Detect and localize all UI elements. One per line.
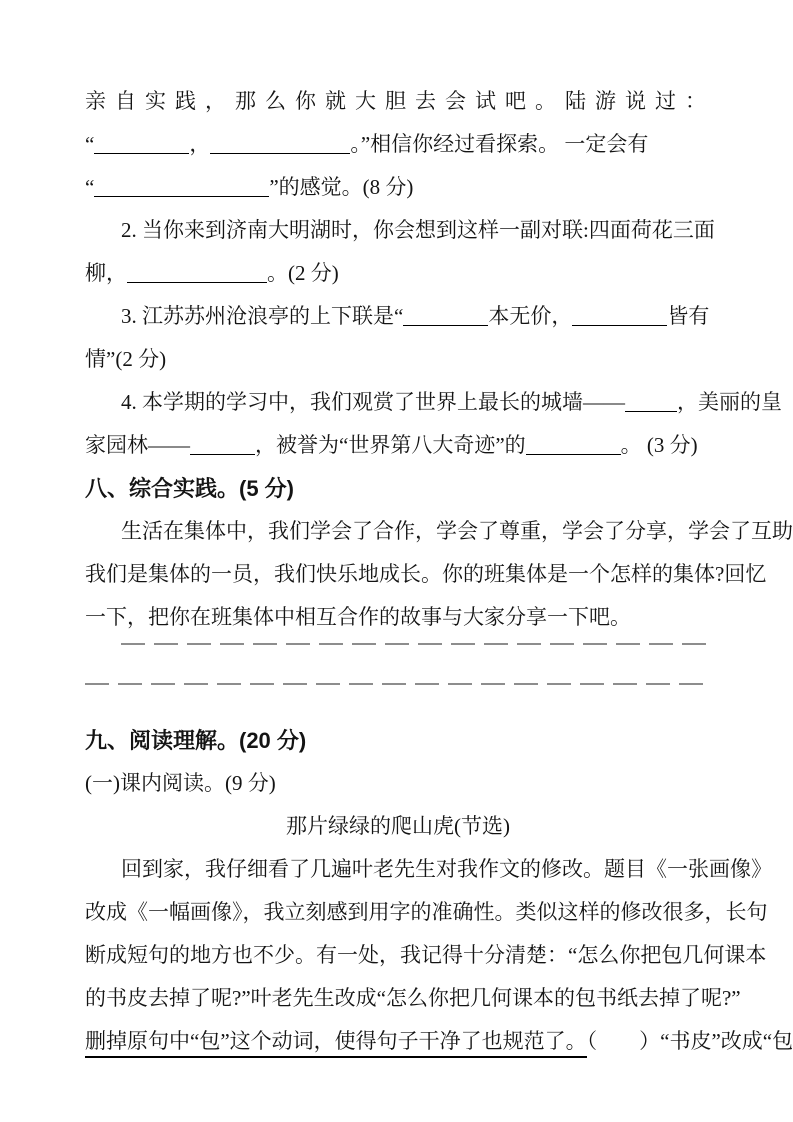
heading-text: 九、阅读理解。(20 分) bbox=[85, 728, 306, 753]
fill-blank-line: 家园林——，被誉为“世界第八大奇迹”的。 (3 分) bbox=[85, 424, 711, 467]
question-line: 4. 本学期的学习中，我们观赏了世界上最长的城墙——，美丽的皇 bbox=[85, 381, 711, 424]
passage-line: 删掉原句中“包”这个动词，使得句子干净了也规范了。（ ）“书皮”改成“包 bbox=[85, 1020, 711, 1063]
passage-line: 回到家，我仔细看了几遍叶老先生对我作文的修改。题目《一张画像》 bbox=[85, 848, 711, 891]
text-line: 一下，把你在班集体中相互合作的故事与大家分享一下吧。 bbox=[85, 596, 711, 639]
line-text: 本无价， bbox=[488, 304, 572, 328]
line-text: 。(2 分) bbox=[267, 261, 339, 285]
line-text: 改成《一幅画像》，我立刻感到用字的准确性。类似这样的修改很多，长句 bbox=[85, 900, 768, 924]
line-text: 4. 本学期的学习中，我们观赏了世界上最长的城墙—— bbox=[121, 390, 625, 414]
blank-field bbox=[127, 260, 267, 283]
text-line: 情”(2 分) bbox=[85, 338, 711, 381]
section-heading: 八、综合实践。(5 分) bbox=[85, 467, 711, 510]
exam-paper-page: 亲自实践，那么你就大胆去会试吧。陆游说过： “，。”相信你经过看探索。 一定会有… bbox=[0, 0, 793, 1122]
blank-field bbox=[403, 303, 488, 326]
line-text: 3. 江苏苏州沧浪亭的上下联是“ bbox=[121, 304, 403, 328]
line-text: 家园林—— bbox=[85, 433, 190, 457]
passage-line: 断成短句的地方也不少。有一处，我记得十分清楚：“怎么你把包几何课本 bbox=[85, 934, 711, 977]
subsection-heading: (一)课内阅读。(9 分) bbox=[85, 762, 711, 805]
blank-field bbox=[94, 131, 189, 154]
fill-blank-line: 柳，。(2 分) bbox=[85, 252, 711, 295]
blank-field bbox=[572, 303, 667, 326]
passage-line: 改成《一幅画像》，我立刻感到用字的准确性。类似这样的修改很多，长句 bbox=[85, 891, 711, 934]
heading-text: 八、综合实践。(5 分) bbox=[85, 476, 294, 501]
line-text: 我们是集体的一员，我们快乐地成长。你的班集体是一个怎样的集体?回忆 bbox=[85, 562, 766, 586]
line-text: ， bbox=[189, 132, 210, 156]
line-text: ”的感觉。(8 分) bbox=[269, 175, 413, 199]
passage-line: 的书皮去掉了呢?”叶老先生改成“怎么你把几何课本的包书纸去掉了呢?” bbox=[85, 977, 711, 1020]
underlined-text: 删掉原句中“包”这个动词，使得句子干净了也规范了。 bbox=[85, 1029, 587, 1058]
text-line: 生活在集体中，我们学会了合作，学会了尊重，学会了分享，学会了互助。 bbox=[85, 510, 711, 553]
line-text: 回到家，我仔细看了几遍叶老先生对我作文的修改。题目《一张画像》 bbox=[121, 857, 772, 881]
line-text: 断成短句的地方也不少。有一处，我记得十分清楚：“怎么你把包几何课本 bbox=[85, 943, 766, 967]
text-line: 亲自实践，那么你就大胆去会试吧。陆游说过： bbox=[85, 80, 711, 123]
line-text: 亲自实践，那么你就大胆去会试吧。陆游说过： bbox=[85, 89, 715, 113]
fill-blank-line: “”的感觉。(8 分) bbox=[85, 166, 711, 209]
line-text: 生活在集体中，我们学会了合作，学会了尊重，学会了分享，学会了互助。 bbox=[121, 519, 793, 543]
line-text: 一下，把你在班集体中相互合作的故事与大家分享一下吧。 bbox=[85, 605, 631, 629]
line-text: 皆有 bbox=[667, 304, 709, 328]
line-text: ，美丽的皇 bbox=[677, 390, 782, 414]
line-text: 。 (3 分) bbox=[621, 433, 698, 457]
text-line: 我们是集体的一员，我们快乐地成长。你的班集体是一个怎样的集体?回忆 bbox=[85, 553, 711, 596]
line-text: 情”(2 分) bbox=[85, 347, 166, 371]
question-line: 2. 当你来到济南大明湖时，你会想到这样一副对联:四面荷花三面 bbox=[85, 209, 711, 252]
line-text: “ bbox=[85, 132, 94, 156]
dashed-rule bbox=[85, 683, 711, 685]
line-text: ，被誉为“世界第八大奇迹”的 bbox=[255, 433, 526, 457]
line-text: 2. 当你来到济南大明湖时，你会想到这样一副对联:四面荷花三面 bbox=[121, 218, 715, 242]
passage-title: 那片绿绿的爬山虎(节选) bbox=[85, 805, 711, 848]
answer-line bbox=[85, 643, 711, 679]
blank-field bbox=[94, 174, 269, 197]
line-text: （ ）“书皮”改成“包 bbox=[587, 1029, 793, 1053]
dashed-rule bbox=[121, 643, 711, 645]
line-text: 的书皮去掉了呢?”叶老先生改成“怎么你把几何课本的包书纸去掉了呢?” bbox=[85, 986, 741, 1010]
line-text: 。”相信你经过看探索。 一定会有 bbox=[350, 132, 648, 156]
question-line: 3. 江苏苏州沧浪亭的上下联是“本无价，皆有 bbox=[85, 295, 711, 338]
fill-blank-line: “，。”相信你经过看探索。 一定会有 bbox=[85, 123, 711, 166]
line-text: (一)课内阅读。(9 分) bbox=[85, 771, 276, 795]
line-text: 柳， bbox=[85, 261, 127, 285]
blank-field bbox=[526, 432, 621, 455]
blank-field bbox=[190, 432, 255, 455]
blank-field bbox=[210, 131, 350, 154]
title-text: 那片绿绿的爬山虎(节选) bbox=[286, 814, 510, 838]
section-heading: 九、阅读理解。(20 分) bbox=[85, 719, 711, 762]
blank-field bbox=[625, 389, 677, 412]
line-text: “ bbox=[85, 175, 94, 199]
answer-line bbox=[85, 683, 711, 719]
